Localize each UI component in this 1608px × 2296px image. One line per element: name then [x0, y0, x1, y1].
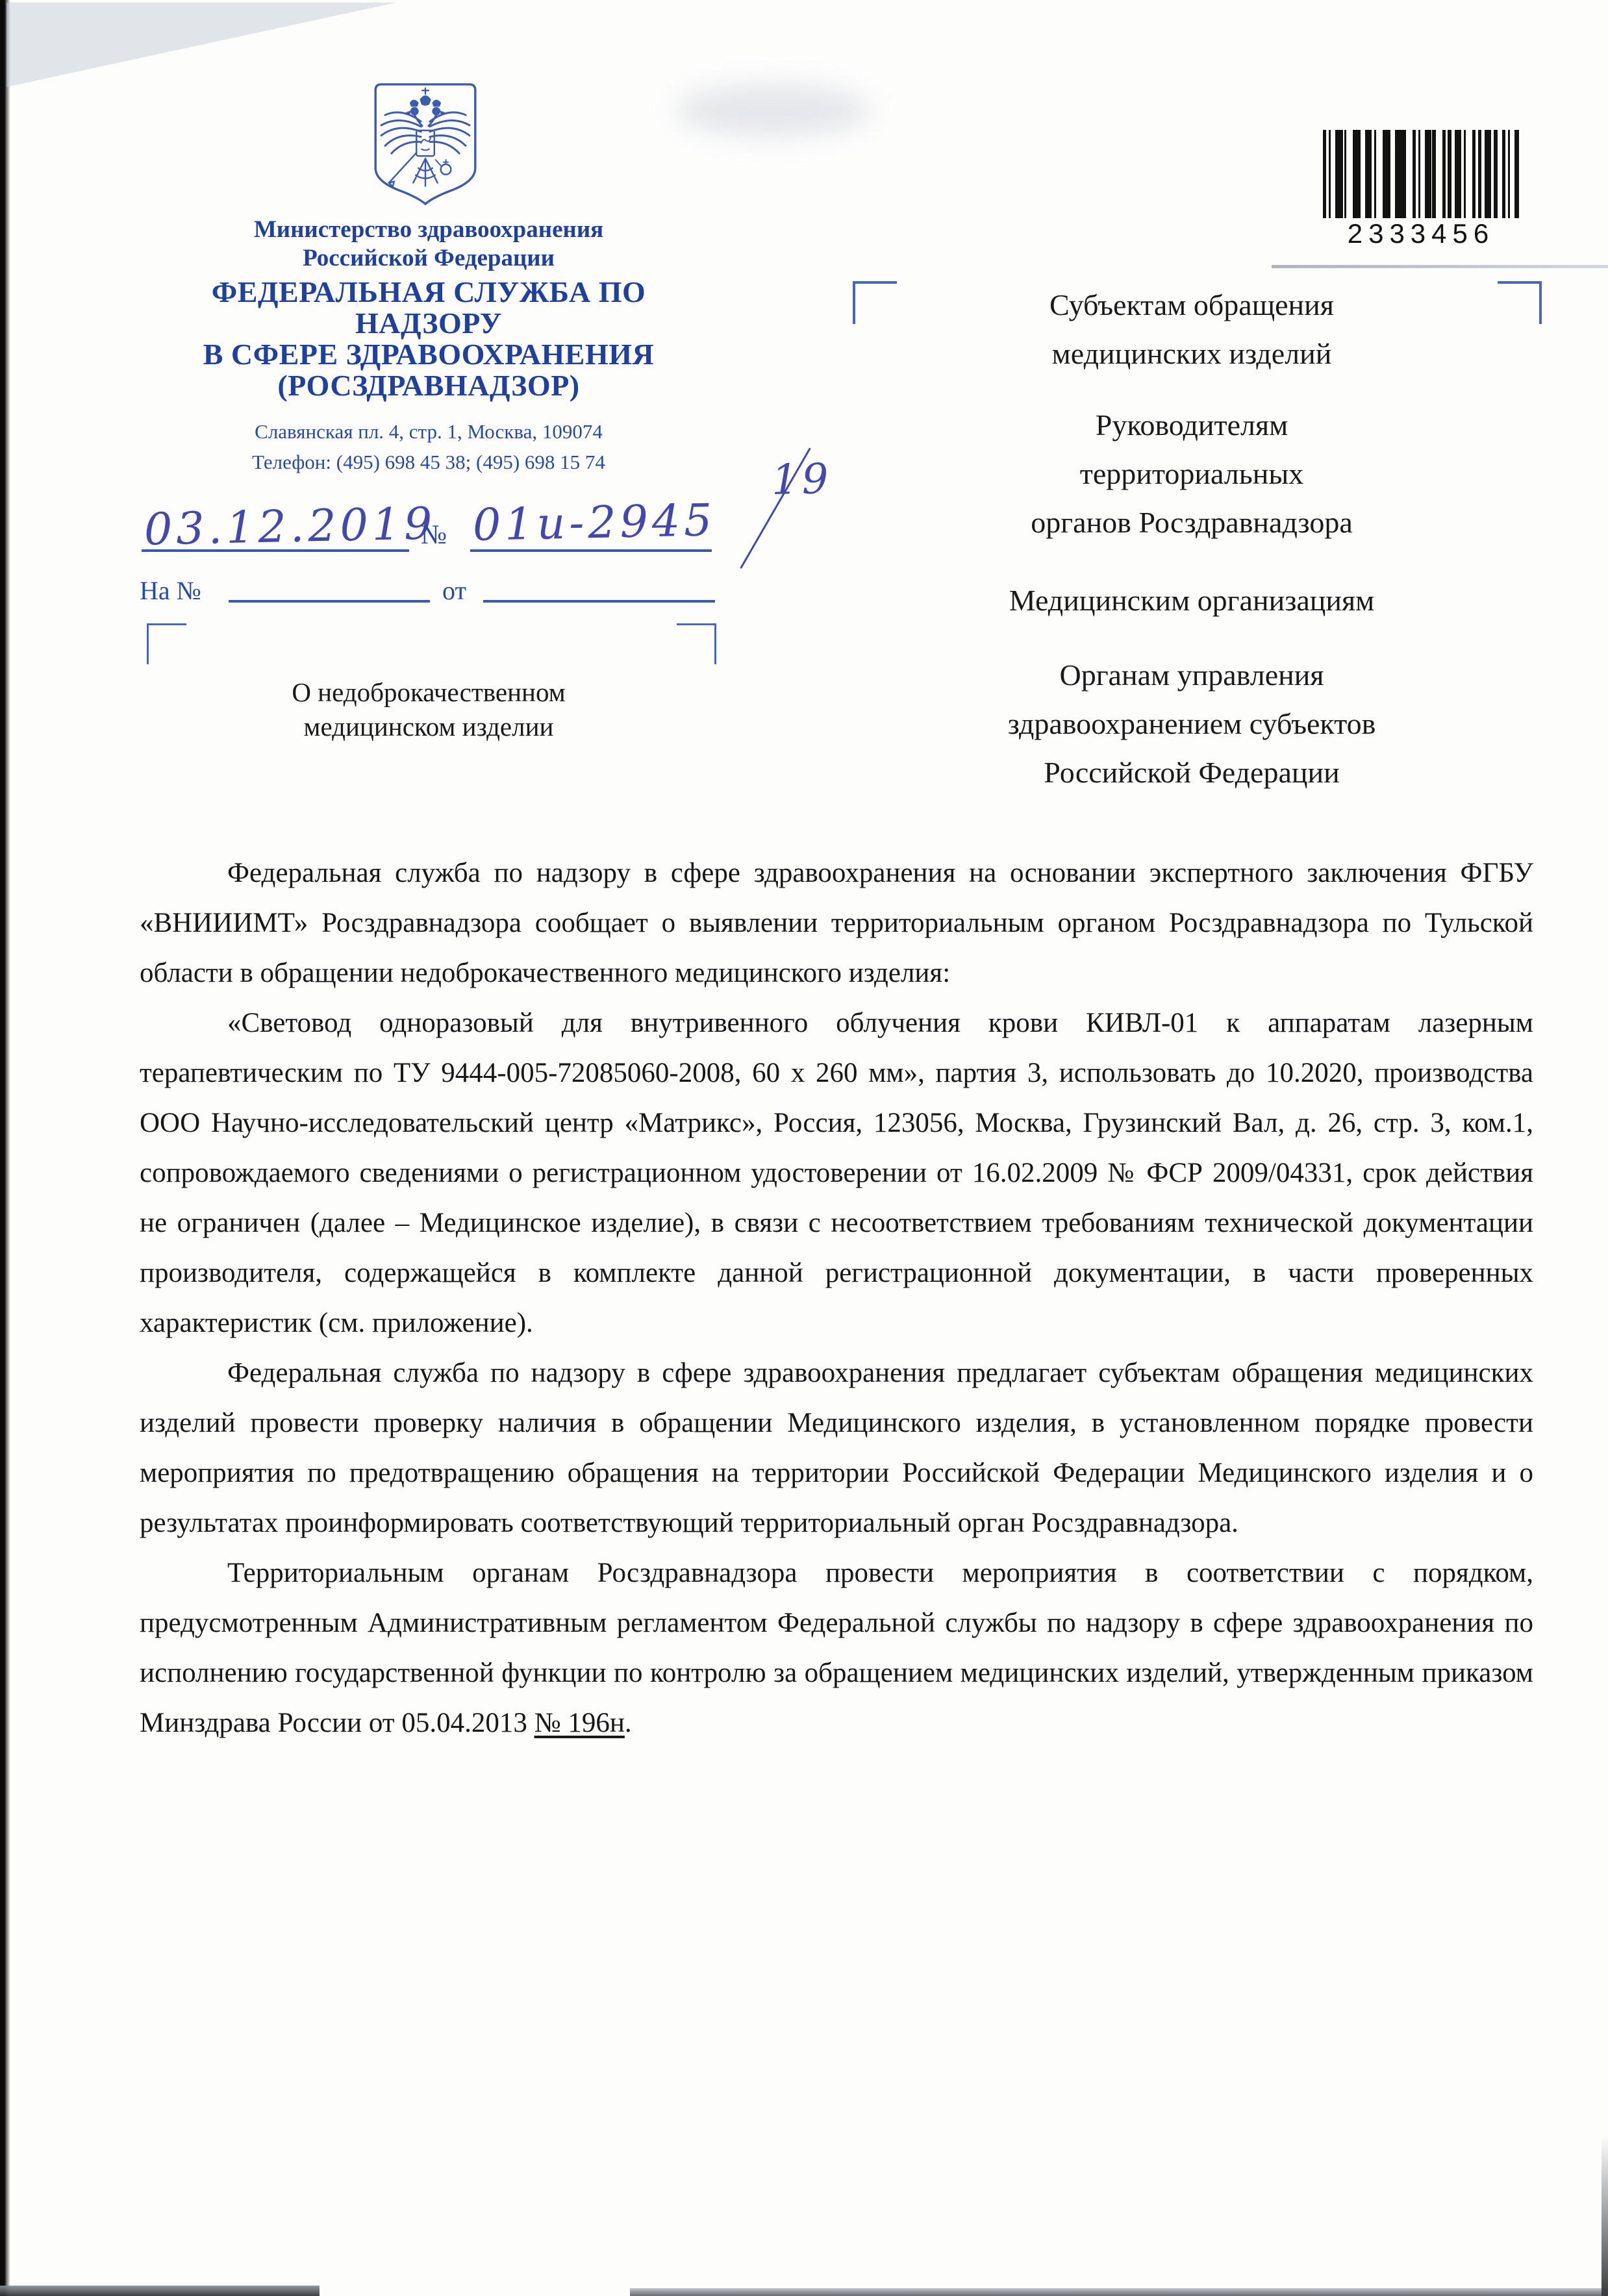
service-line-3: (РОСЗДРАВНАДЗОР) [140, 370, 718, 401]
body-paragraph-4-text: Территориальным органам Росздравнадзора … [140, 1558, 1533, 1738]
scan-edge-bottom-left [0, 2286, 320, 2296]
number-underline [470, 549, 712, 552]
subject-corner-right [677, 623, 716, 664]
scan-edge-left [0, 0, 10, 2296]
barcode-number: 2333456 [1323, 218, 1519, 249]
addressee-line: территориальных [864, 449, 1520, 498]
postal-address: Славянская пл. 4, стр. 1, Москва, 109074 [140, 416, 718, 447]
handwritten-number: 01и-2945 [472, 495, 716, 551]
subject-block: О недоброкачественном медицинском издели… [214, 675, 643, 744]
scan-smudge [675, 84, 870, 136]
addressee-line: Российской Федерации [864, 748, 1520, 797]
date-underline [142, 549, 409, 552]
addressee-health-authorities: Органам управления здравоохранением субъ… [864, 651, 1520, 797]
phone-numbers: Телефон: (495) 698 45 38; (495) 698 15 7… [140, 447, 718, 477]
handwritten-number-suffix: 19 [771, 455, 833, 505]
addressee-medical-orgs: Медицинским организациям [864, 576, 1520, 625]
addressee-line: Субъектам обращения [864, 281, 1520, 329]
service-header: ФЕДЕРАЛЬНАЯ СЛУЖБА ПО НАДЗОРУ В СФЕРЕ ЗД… [140, 277, 718, 401]
addressee-line: Руководителям [864, 401, 1520, 449]
order-number: № 196н [534, 1708, 625, 1738]
reply-number-blank [229, 600, 430, 603]
scan-edge-right [1602, 2136, 1608, 2296]
letter-body: Федеральная служба по надзору в сфере зд… [140, 848, 1533, 1748]
addressee-line: медицинских изделий [864, 329, 1520, 378]
scan-shadow-top-left [6, 3, 396, 87]
addressee-line: органов Росздравнадзора [864, 498, 1520, 547]
body-paragraph-4: Территориальным органам Росздравнадзора … [140, 1548, 1533, 1748]
addressee-line: Органам управления [864, 651, 1520, 699]
russia-coat-of-arms-icon [371, 82, 480, 207]
addressee-line: здравоохранением субъектов [864, 699, 1520, 748]
contact-block: Славянская пл. 4, стр. 1, Москва, 109074… [140, 416, 718, 477]
body-paragraph-4-period: . [625, 1708, 632, 1738]
body-paragraph-2: «Световод одноразовый для внутривенного … [140, 998, 1533, 1348]
number-sign: № [421, 519, 447, 551]
subject-corner-left [147, 623, 186, 664]
body-paragraph-1: Федеральная служба по надзору в сфере зд… [140, 848, 1533, 998]
service-line-2: В СФЕРЕ ЗДРАВООХРАНЕНИЯ [140, 339, 718, 370]
reply-number-label: На № [140, 575, 201, 606]
ministry-header: Министерство здравоохранения Российской … [140, 216, 718, 273]
addressee-line: Медицинским организациям [864, 576, 1520, 625]
scan-fold-line [1272, 265, 1608, 268]
handwritten-date: 03.12.2019 [144, 498, 436, 555]
ministry-line-2: Российской Федерации [140, 244, 718, 273]
service-line-1: ФЕДЕРАЛЬНАЯ СЛУЖБА ПО НАДЗОРУ [140, 277, 718, 339]
body-paragraph-3: Федеральная служба по надзору в сфере зд… [140, 1348, 1533, 1548]
subject-line-2: медицинском изделии [214, 710, 643, 744]
barcode [1323, 130, 1519, 218]
reply-date-label: от [442, 575, 466, 606]
scan-edge-bottom-right [630, 2288, 1608, 2296]
ministry-line-1: Министерство здравоохранения [140, 216, 718, 244]
scanned-letter-page: Министерство здравоохранения Российской … [0, 0, 1608, 2296]
reply-date-blank [483, 600, 715, 603]
addressee-territorial-heads: Руководителям территориальных органов Ро… [864, 401, 1520, 547]
subject-line-1: О недоброкачественном [214, 675, 643, 710]
addressee-subjects: Субъектам обращения медицинских изделий [864, 281, 1520, 378]
